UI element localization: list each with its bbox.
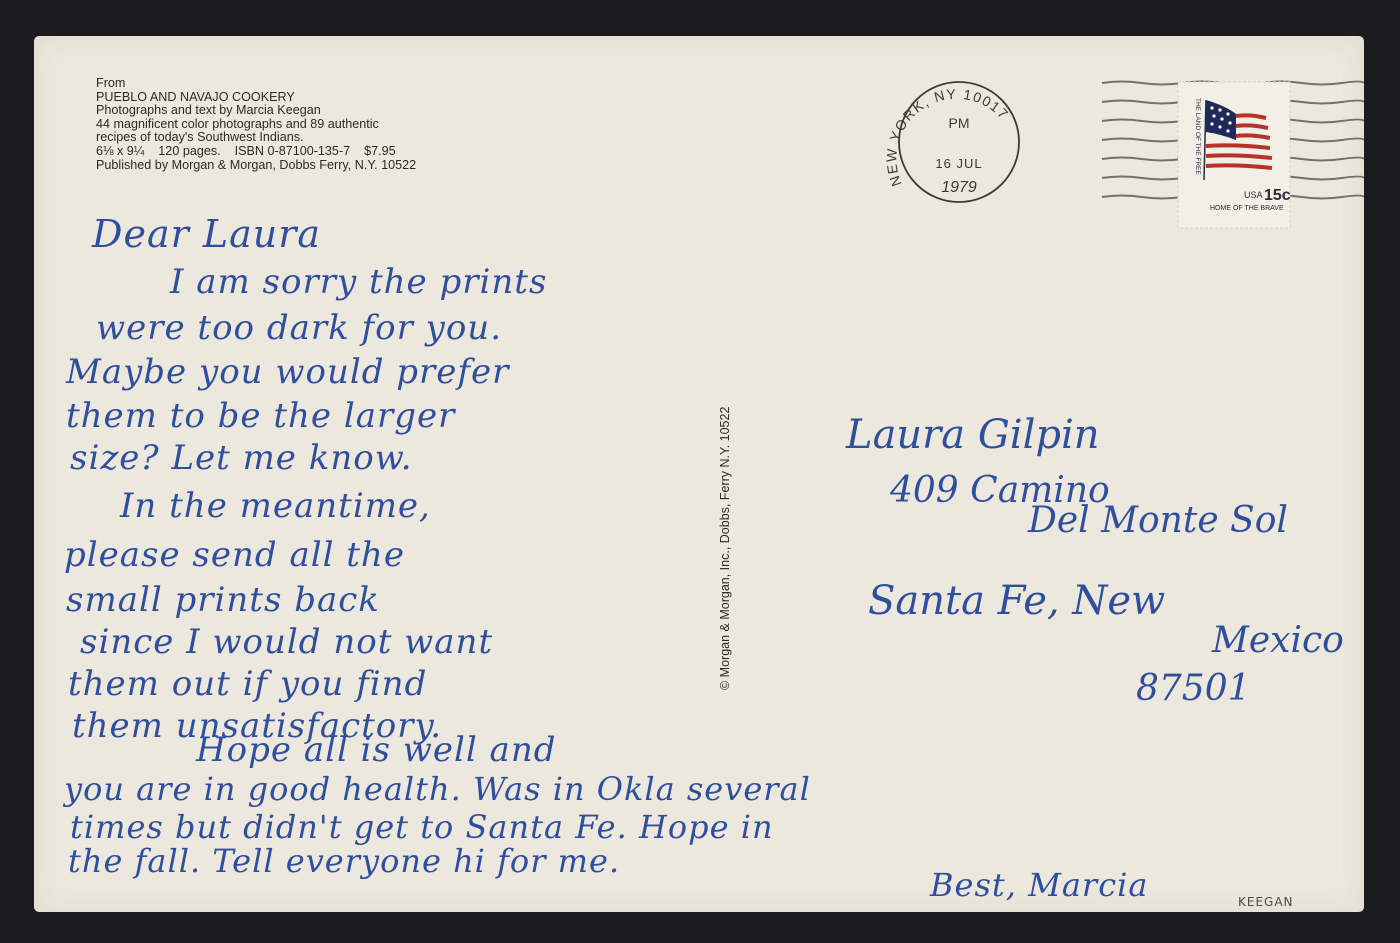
pub-line: recipes of today's Southwest Indians.: [96, 131, 416, 145]
postmark-time: PM: [949, 115, 970, 131]
book-title: PUEBLO AND NAVAJO COOKERY: [96, 91, 416, 105]
message-line: please send all the: [64, 535, 405, 575]
postmark-year: 1979: [941, 179, 977, 196]
address-zip: 87501: [1136, 668, 1251, 709]
message-line: Hope all is well and: [196, 730, 556, 770]
salutation: Dear Laura: [92, 212, 321, 256]
stamp-side-text: THE LAND OF THE FREE: [1194, 98, 1201, 175]
message-line: them to be the larger: [66, 396, 455, 436]
pub-line: From: [96, 77, 416, 91]
message-line: the fall. Tell everyone hi for me.: [68, 842, 620, 880]
publisher-info: From PUEBLO AND NAVAJO COOKERY Photograp…: [96, 77, 416, 172]
stamp-value: 15c: [1264, 187, 1291, 204]
stamp-country: USA: [1244, 190, 1263, 200]
message-line: were too dark for you.: [96, 308, 502, 348]
address-street-2: Del Monte Sol: [1028, 500, 1288, 541]
message-line: since I would not want: [80, 622, 493, 662]
copyright-line: © Morgan & Morgan, Inc., Dobbs, Ferry N.…: [718, 407, 732, 690]
stamp-bottom-text: HOME OF THE BRAVE: [1210, 205, 1284, 212]
recipient-name: Laura Gilpin: [846, 412, 1100, 458]
message-line: small prints back: [66, 580, 380, 620]
message-line: them out if you find: [68, 664, 427, 704]
pub-line: Published by Morgan & Morgan, Dobbs Ferr…: [96, 159, 416, 173]
postmark-city: NEW YORK, NY 10017: [886, 86, 1012, 189]
postmark: NEW YORK, NY 10017 PM 16 JUL 1979: [886, 76, 1032, 208]
pub-line: 44 magnificent color photographs and 89 …: [96, 118, 416, 132]
address-city: Santa Fe, New: [868, 578, 1165, 624]
flag-stamp: THE LAND OF THE FREE USA 15c HOME OF THE…: [1176, 80, 1294, 232]
address-state: Mexico: [1212, 620, 1344, 661]
postmark-date: 16 JUL: [935, 156, 982, 171]
message-line: times but didn't get to Santa Fe. Hope i…: [70, 808, 774, 846]
message-line: size? Let me know.: [70, 438, 413, 478]
pub-line: 6⅛ x 9¼ 120 pages. ISBN 0-87100-135-7 $7…: [96, 145, 416, 159]
message-line: In the meantime,: [120, 486, 431, 526]
svg-text:NEW YORK, NY 10017: NEW YORK, NY 10017: [886, 86, 1012, 189]
pub-line: Photographs and text by Marcia Keegan: [96, 104, 416, 118]
signature: Best, Marcia: [930, 866, 1148, 904]
message-line: Maybe you would prefer: [66, 352, 509, 392]
message-line: you are in good health. Was in Okla seve…: [64, 770, 811, 808]
archival-annotation: KEEGAN: [1238, 895, 1294, 909]
message-line: I am sorry the prints: [170, 262, 547, 302]
